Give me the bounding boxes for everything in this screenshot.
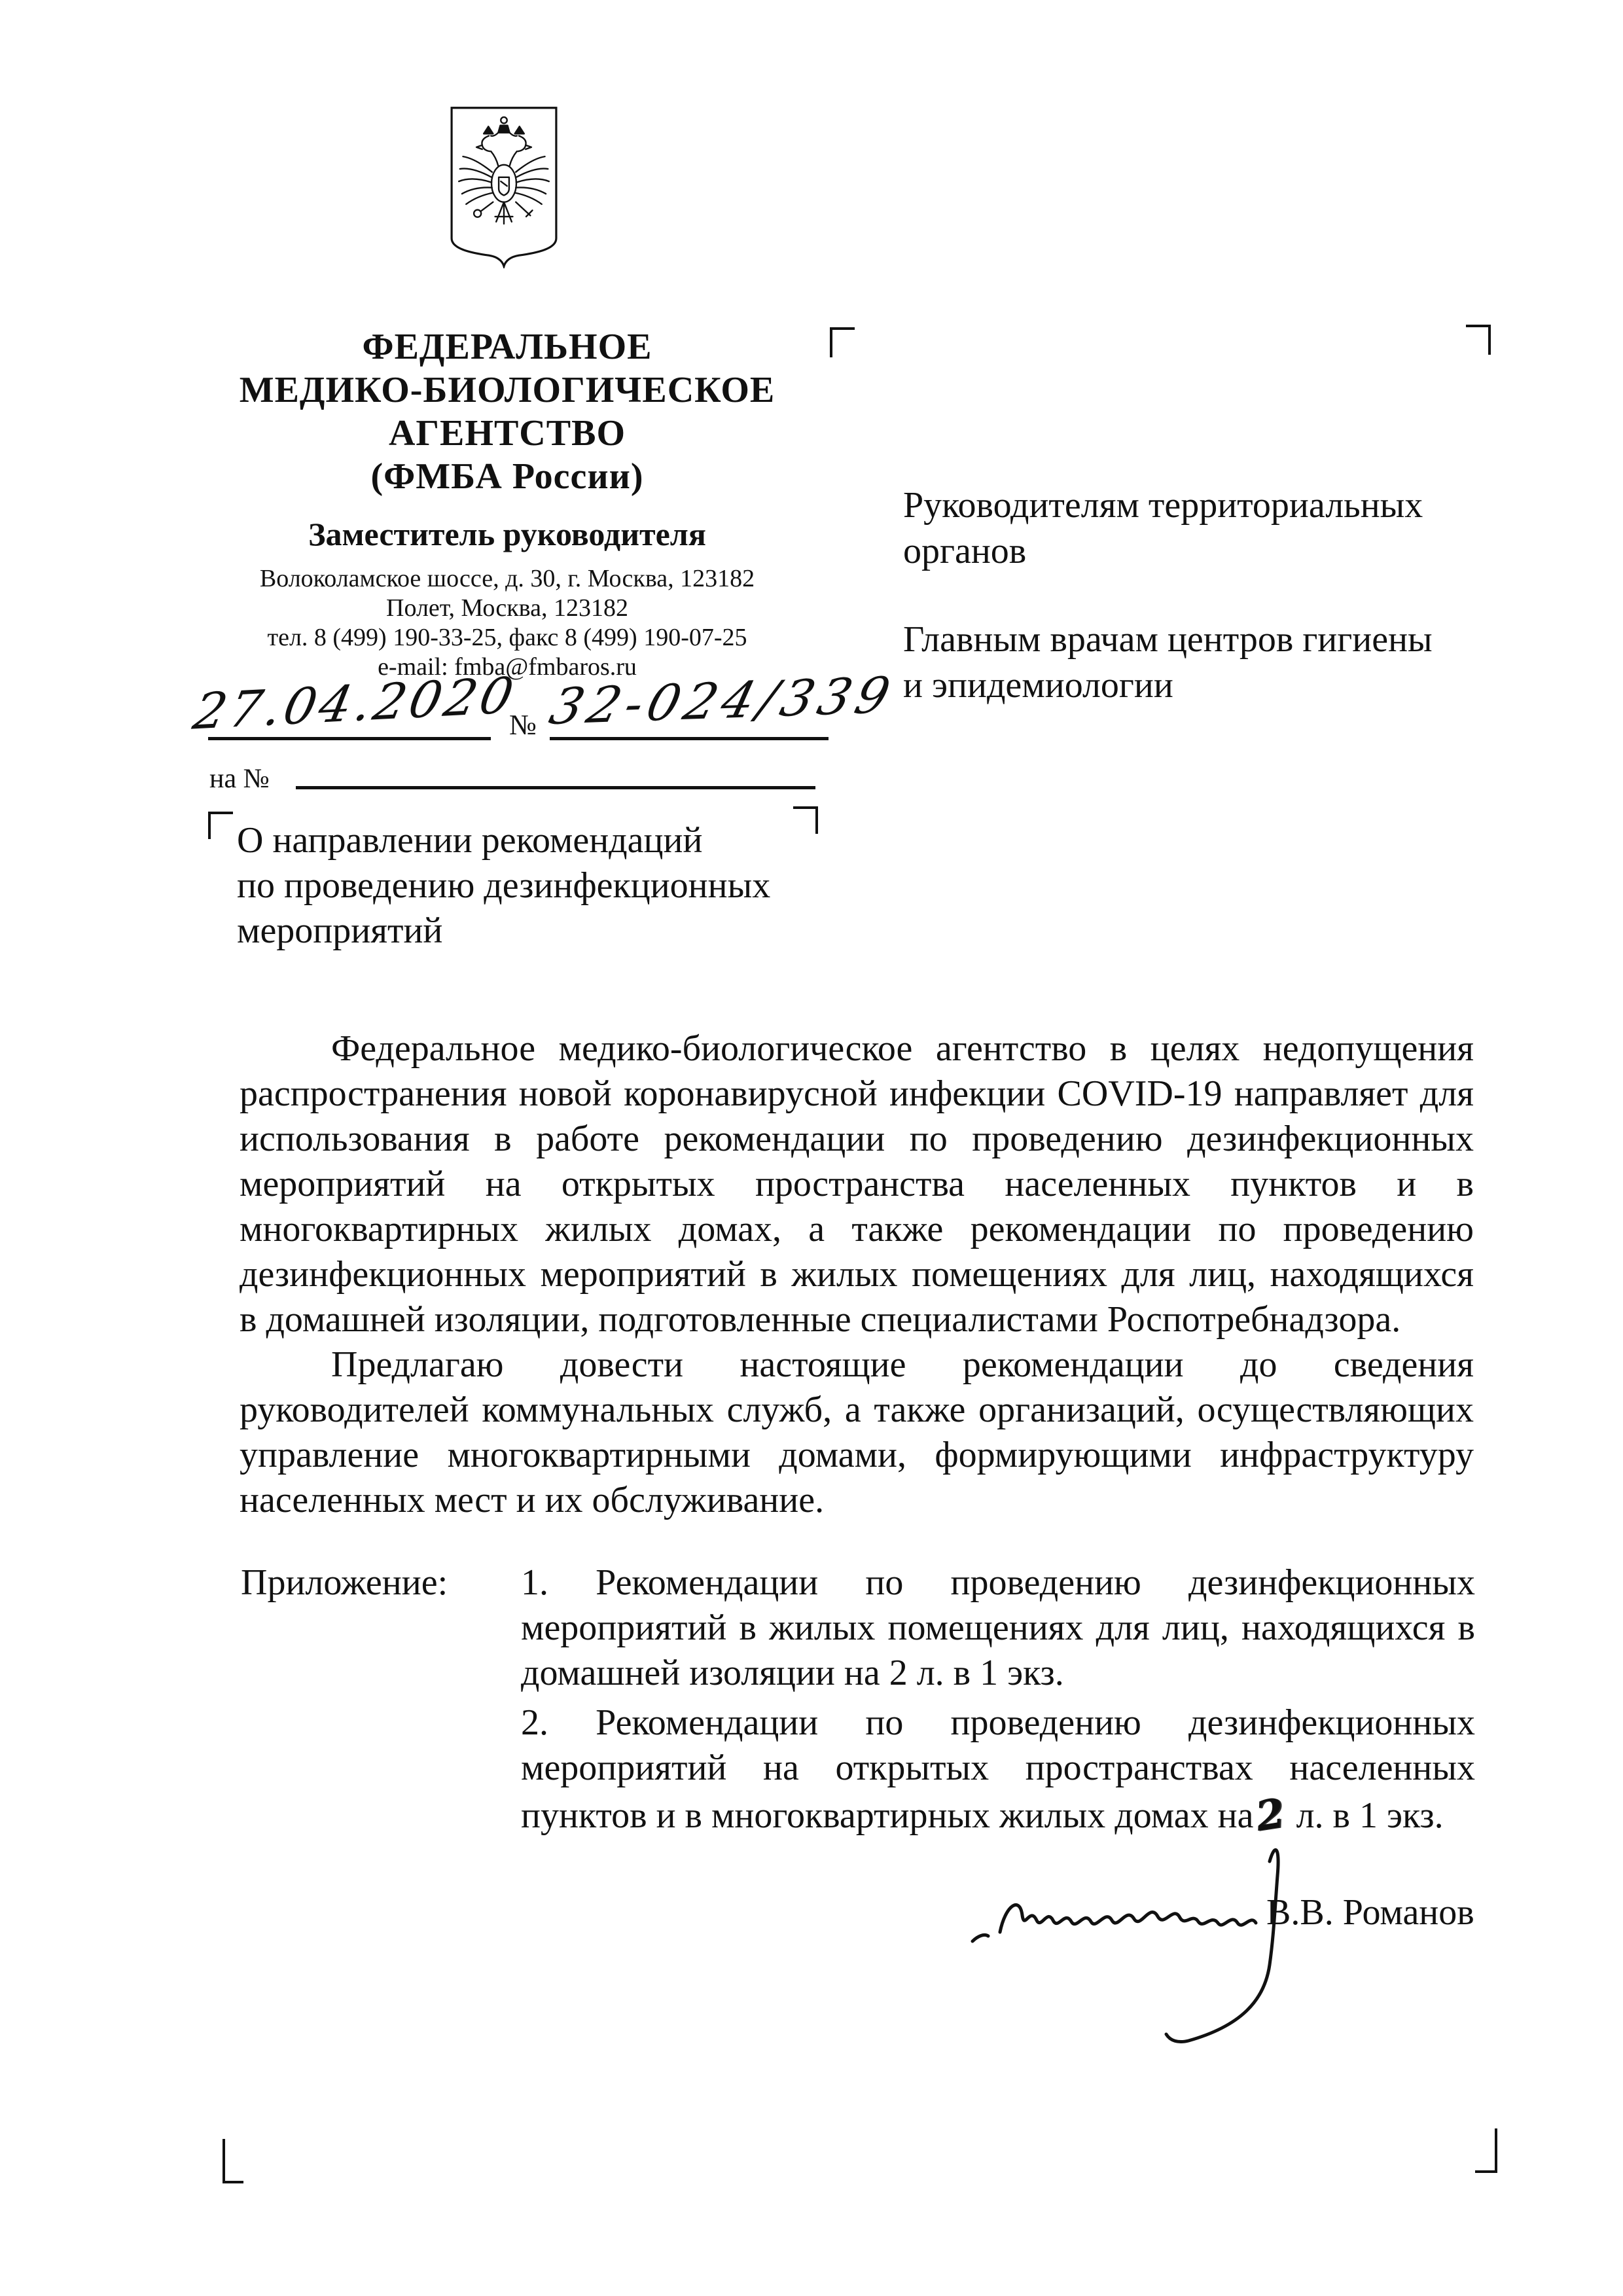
body-line: руководителей коммунальных служб, а такж…	[240, 1388, 1474, 1433]
address-line: Полет, Москва, 123182	[196, 594, 818, 623]
reply-to-underline	[296, 786, 815, 789]
number-sign: №	[509, 708, 537, 742]
bottom-corner-mark-right	[1475, 2128, 1497, 2173]
org-name-line: АГЕНТСТВО	[223, 412, 792, 455]
attachment-line: пунктов и в многоквартирных жилых домах …	[521, 1791, 1475, 1836]
reply-to-label: на №	[209, 763, 270, 795]
body-line: дезинфекционных мероприятий в жилых поме…	[240, 1252, 1474, 1297]
body-line: Предлагаю довести настоящие рекомендации…	[240, 1342, 1474, 1388]
addressee-line: и эпидемиологии	[903, 662, 1492, 708]
body-line: распространения новой коронавирусной инф…	[240, 1071, 1474, 1117]
attachment-line: мероприятий на открытых пространствах на…	[521, 1746, 1475, 1791]
body-text: Федеральное медико-биологическое агентст…	[240, 1026, 1474, 1523]
body-line: в домашней изоляции, подготовленные спец…	[240, 1297, 1474, 1342]
attachment-line: 1. Рекомендации по проведению дезинфекци…	[521, 1560, 1475, 1605]
signature	[962, 1833, 1329, 2055]
attachment-label: Приложение:	[241, 1560, 448, 1605]
body-line: населенных мест и их обслуживание.	[240, 1478, 1474, 1523]
handwritten-number: 32-024/339	[553, 672, 892, 730]
bottom-corner-mark-left	[223, 2139, 243, 2183]
attachment-line-text: л. в 1 экз.	[1287, 1795, 1444, 1836]
attachment-line-text: пунктов и в многоквартирных жилых домах …	[521, 1795, 1253, 1836]
addressee-corner-mark-right	[1466, 325, 1491, 355]
subject-block: О направлении рекомендаций по проведению…	[237, 818, 813, 954]
body-line: Федеральное медико-биологическое агентст…	[240, 1026, 1474, 1071]
addressee-line: Руководителям территориальных	[903, 482, 1492, 528]
attachment-line: домашней изоляции на 2 л. в 1 экз.	[521, 1651, 1475, 1696]
attachment-line: мероприятий в жилых помещениях для лиц, …	[521, 1605, 1475, 1651]
body-line: мероприятий на открытых пространства нас…	[240, 1162, 1474, 1207]
attachment-list: 1. Рекомендации по проведению дезинфекци…	[521, 1560, 1475, 1836]
signer-name: В.В. Романов	[1266, 1892, 1474, 1933]
position-title: Заместитель руководителя	[223, 516, 792, 552]
number-underline	[550, 737, 829, 740]
body-line: управление многоквартирными домами, форм…	[240, 1433, 1474, 1478]
body-line: использования в работе рекомендации по п…	[240, 1117, 1474, 1162]
body-line: многоквартирных жилых домах, а также рек…	[240, 1207, 1474, 1252]
date-underline	[208, 737, 491, 740]
addressee-corner-mark-left	[830, 327, 855, 357]
subject-line: мероприятий	[237, 908, 813, 954]
scanned-letter-page: ФЕДЕРАЛЬНОЕ МЕДИКО-БИОЛОГИЧЕСКОЕ АГЕНТСТ…	[0, 0, 1623, 2296]
phone-line: тел. 8 (499) 190-33-25, факс 8 (499) 190…	[196, 623, 818, 653]
address-line: Волоколамское шоссе, д. 30, г. Москва, 1…	[196, 564, 818, 594]
org-name-line: (ФМБА России)	[223, 455, 792, 498]
handwritten-page-count-correction: 2	[1253, 1791, 1287, 1836]
addressee-line: Главным врачам центров гигиены	[903, 617, 1492, 662]
signature-stroke-icon	[962, 1833, 1329, 2055]
subject-line: по проведению дезинфекционных	[237, 863, 813, 908]
attachment-line: 2. Рекомендации по проведению дезинфекци…	[521, 1700, 1475, 1746]
addressee-line: органов	[903, 528, 1492, 574]
subject-line: О направлении рекомендаций	[237, 818, 813, 863]
double-headed-eagle-icon	[437, 105, 571, 268]
addressee-gap	[903, 574, 1492, 617]
subject-corner-mark-left	[208, 812, 233, 839]
org-name-line: ФЕДЕРАЛЬНОЕ	[223, 325, 792, 368]
contact-block: Волоколамское шоссе, д. 30, г. Москва, 1…	[196, 564, 818, 682]
addressee-block: Руководителям территориальных органов Гл…	[903, 482, 1492, 708]
org-name-line: МЕДИКО-БИОЛОГИЧЕСКОЕ	[223, 368, 792, 412]
handwritten-date: 27.04.2020	[196, 674, 514, 732]
coat-of-arms-emblem	[437, 105, 571, 268]
attachment-item-2: 2. Рекомендации по проведению дезинфекци…	[521, 1700, 1475, 1836]
org-name-block: ФЕДЕРАЛЬНОЕ МЕДИКО-БИОЛОГИЧЕСКОЕ АГЕНТСТ…	[223, 325, 792, 498]
